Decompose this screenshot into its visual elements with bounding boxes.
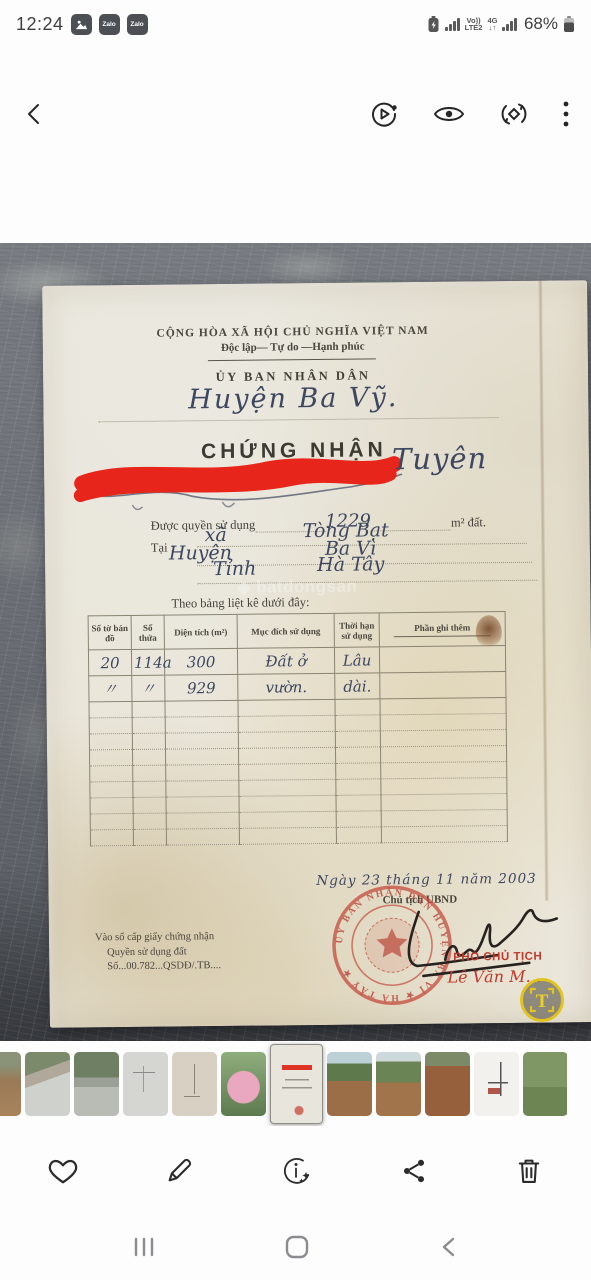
status-bar: 12:24 Zalo Zalo Vo)) LTE2 4G ↓↑ <box>0 0 591 48</box>
gallery-screen: 12:24 Zalo Zalo Vo)) LTE2 4G ↓↑ <box>0 0 591 1280</box>
more-options-icon <box>563 101 569 127</box>
thumbnail-lotus-flower[interactable] <box>221 1052 266 1116</box>
col-area: Diện tích (m²) <box>164 614 237 649</box>
eye-icon <box>433 102 465 126</box>
registry-line-3: Số...00.782...QSDĐ/.TB.... <box>95 959 221 975</box>
action-bar <box>0 1133 591 1209</box>
gallery-toolbar <box>0 78 591 150</box>
thumbnail-sketch-paper[interactable] <box>172 1052 217 1116</box>
signal-strength-icon <box>445 18 460 31</box>
issuer-handwritten: Huyện Ba Vỹ. <box>43 381 543 417</box>
col-parcel-no: Số thửa <box>131 615 164 649</box>
rotate-button[interactable] <box>499 99 529 129</box>
volte-indicator: Vo)) LTE2 <box>465 17 483 31</box>
battery-charging-icon <box>427 15 440 33</box>
thumbnail-field-trees[interactable] <box>376 1052 421 1116</box>
zalo-notification-icon-2: Zalo <box>127 14 148 35</box>
col-purpose: Mục đích sử dụng <box>237 613 334 648</box>
photo-viewer[interactable]: CỘNG HÒA XÃ HỘI CHỦ NGHĨA VIỆT NAM Độc l… <box>0 243 591 1041</box>
col-duration: Thời hạn sử dụng <box>334 613 379 647</box>
thumbnail-village-road[interactable] <box>25 1052 70 1116</box>
thumbnail-dirt-road[interactable] <box>425 1052 470 1116</box>
home-button[interactable] <box>284 1234 310 1260</box>
zalo-notification-icon: Zalo <box>99 14 120 35</box>
land-table-body: 20 114a 300 Đất ở Lâu 〃 〃 929 <box>88 646 507 846</box>
registry-line-1: Vào sổ cấp giấy chứng nhận <box>95 930 221 946</box>
paper-stain <box>476 615 502 649</box>
registry-line-2: Quyền sử dụng đất <box>95 945 221 961</box>
province-value-handwritten: Hà Tây <box>317 553 384 576</box>
thumbnail-field-house[interactable] <box>327 1052 372 1116</box>
back-icon <box>22 101 48 127</box>
home-icon <box>284 1234 310 1260</box>
back-button[interactable] <box>22 101 48 127</box>
text-extract-glyph: T <box>536 991 549 1012</box>
national-motto-line2: Độc lập— Tự do —Hạnh phúc <box>43 339 543 356</box>
android-navigation-bar <box>0 1213 591 1280</box>
details-button[interactable] <box>281 1155 313 1187</box>
thumbnail-dirt-lot[interactable] <box>0 1052 21 1116</box>
back-nav-icon <box>438 1235 460 1259</box>
table-empty-row <box>90 826 507 846</box>
battery-level-icon <box>563 15 575 33</box>
view-details-button[interactable] <box>433 102 465 126</box>
back-nav-button[interactable] <box>438 1235 460 1259</box>
area-label: Được quyền sử dụng <box>151 518 256 534</box>
details-info-icon <box>281 1155 313 1187</box>
name-visible-fragment: Tuyên <box>392 441 488 476</box>
delete-button[interactable] <box>515 1156 543 1186</box>
recents-button[interactable] <box>132 1236 156 1258</box>
national-motto-line1: CỘNG HÒA XÃ HỘI CHỦ NGHĨA VIỆT NAM <box>43 324 543 341</box>
text-extract-icon: T <box>518 976 566 1024</box>
col-map-sheet: Số tờ bản đồ <box>88 615 131 649</box>
edit-button[interactable] <box>165 1157 193 1185</box>
delete-trash-icon <box>515 1156 543 1186</box>
text-extract-button[interactable]: T <box>518 976 566 1024</box>
share-icon <box>400 1157 428 1185</box>
recents-icon <box>132 1236 156 1258</box>
rotate-icon <box>499 99 529 129</box>
certificate-paper: CỘNG HÒA XÃ HỘI CHỦ NGHĨA VIỆT NAM Độc l… <box>42 280 591 1028</box>
share-button[interactable] <box>400 1157 428 1185</box>
vice-chairman-label: PHÓ CHỦ TỊCH <box>453 951 542 964</box>
clock: 12:24 <box>16 14 64 35</box>
watermark: ◈ batdongsan <box>237 577 357 598</box>
gallery-notification-icon <box>71 14 92 35</box>
more-options-button[interactable] <box>563 101 569 127</box>
land-parcel-table: Số tờ bản đồ Số thửa Diện tích (m²) Mục … <box>88 611 507 846</box>
network-4g-indicator: 4G ↓↑ <box>487 17 497 31</box>
motion-photo-button[interactable] <box>369 99 399 129</box>
issuer-dotted-line <box>99 417 499 422</box>
red-redaction-scribble <box>72 452 418 514</box>
motto-underline <box>208 358 376 361</box>
thumbnail-certificate-selected[interactable] <box>270 1044 323 1124</box>
favorite-button[interactable] <box>48 1157 78 1185</box>
thumbnail-strip[interactable] <box>0 1042 567 1126</box>
thumbnail-green-field[interactable] <box>523 1052 567 1116</box>
thumbnail-sketch-map[interactable] <box>123 1052 168 1116</box>
thumbnail-cadastral-map[interactable] <box>474 1052 519 1116</box>
motion-photo-icon <box>369 99 399 129</box>
favorite-heart-icon <box>48 1157 78 1185</box>
registry-block: Vào sổ cấp giấy chứng nhận Quyền sử dụng… <box>95 930 221 975</box>
signal-strength-icon-2 <box>502 18 517 31</box>
edit-pencil-icon <box>165 1157 193 1185</box>
area-unit: m² đất. <box>451 515 486 530</box>
battery-percent: 68% <box>524 14 558 34</box>
thumbnail-gate-alley[interactable] <box>74 1052 119 1116</box>
